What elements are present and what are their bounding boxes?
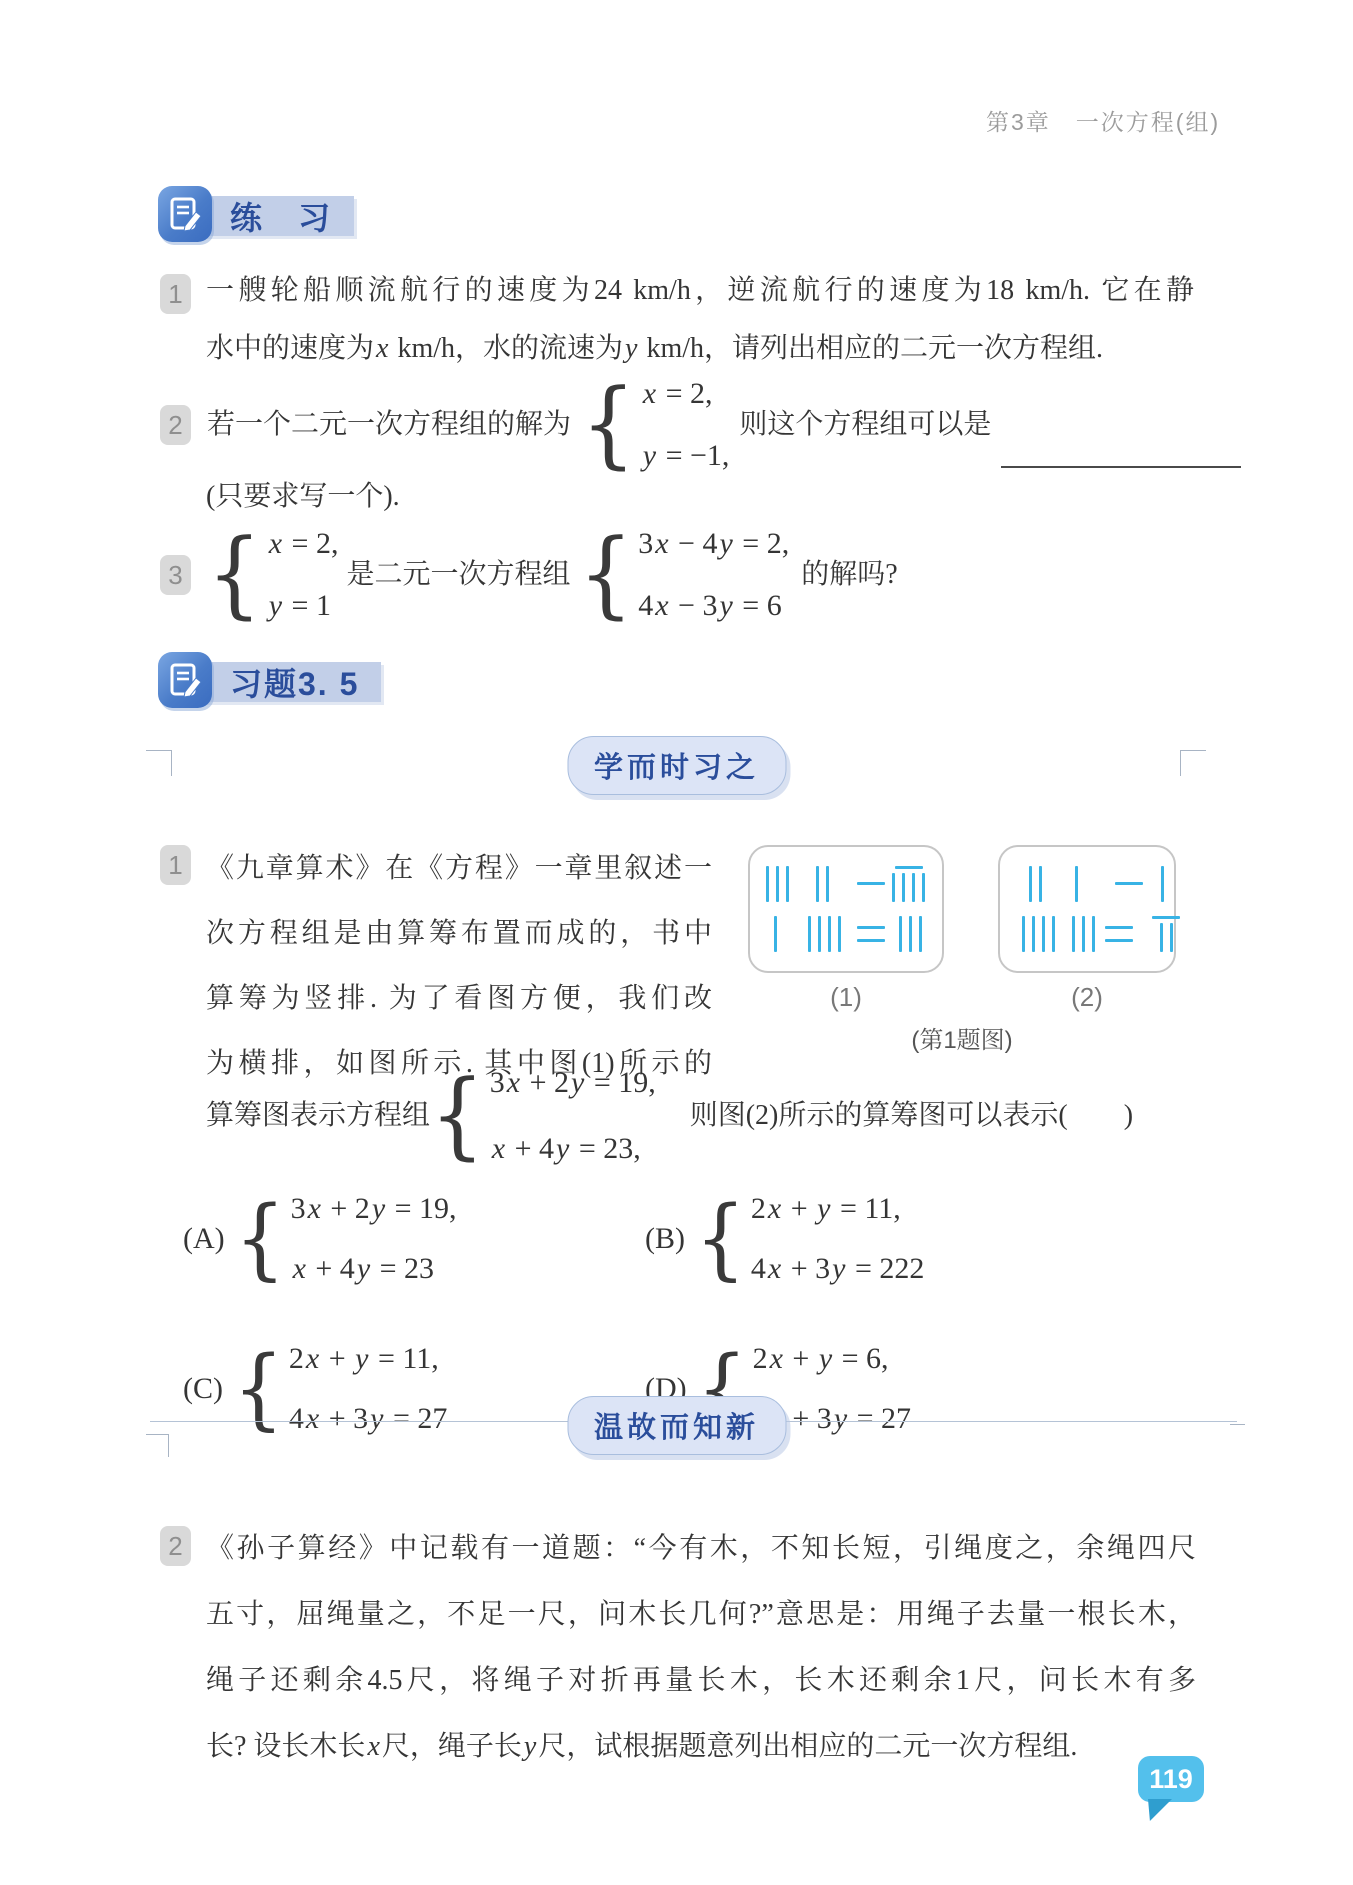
option-b: (B) { 2x + y = 11, 4x + 3y = 222	[645, 1192, 924, 1286]
notebook-pen-icon	[158, 652, 212, 708]
problem-1-line-1: 一艘轮船顺流航行的速度为24 km/h，逆流航行的速度为18 km/h. 它在静	[206, 262, 1194, 320]
page-badge-tail	[1148, 1799, 1172, 1821]
option-c-label: (C)	[183, 1372, 223, 1406]
problem-3-mid-text: 是二元一次方程组	[346, 546, 570, 604]
counting-rod-cell	[1105, 926, 1133, 942]
textbook-page: 第3章 一次方程(组) 练 习 1 一艘轮船顺流航行的速度为24 km/h，逆流…	[0, 0, 1353, 1885]
option-c-eq-1: 2x + y = 11,	[289, 1342, 448, 1376]
counting-rod-cell	[857, 926, 885, 942]
problem-2-pre-text: 若一个二元一次方程组的解为	[207, 396, 571, 454]
counting-rod-cell	[1029, 866, 1042, 902]
problem-3-post-text: 的解吗?	[801, 546, 897, 604]
counting-rods-figure-1	[748, 845, 944, 973]
rod-eq-2: x + 4y = 23,	[490, 1132, 656, 1166]
question-1-equation-row: 算筹图表示方程组 { 3x + 2y = 19, x + 4y = 23, 则图…	[206, 1056, 1133, 1176]
question-2-text: 《孙子算经》中记载有一道题：“今有木，不知长短，引绳度之，余绳四尺 五寸，屈绳量…	[206, 1516, 1196, 1780]
counting-rod-cell	[1072, 916, 1095, 952]
rod-eq-1: 3x + 2y = 19,	[490, 1066, 656, 1100]
problem-2-number: 2	[160, 405, 191, 445]
counting-rod-row	[1000, 912, 1174, 955]
review-badge-label: 温故而知新	[594, 1412, 759, 1444]
option-a-eq-2: x + 4y = 23	[291, 1252, 457, 1286]
figure-1-label: (1)	[748, 982, 944, 1013]
figure-caption: (第1题图)	[748, 1020, 1176, 1055]
answer-blank-line	[1001, 466, 1241, 468]
target-eq-2: 4x − 3y = 6	[638, 589, 789, 623]
brace-glyph: {	[430, 1073, 485, 1158]
crop-mark-bottom-right	[1230, 1424, 1245, 1425]
exercise-title-bar: 练 习	[204, 196, 354, 236]
counting-rod-cell	[1075, 866, 1078, 902]
question-2-line-4: 长? 设长木长x尺，绳子长y尺，试根据题意列出相应的二元一次方程组.	[206, 1714, 1196, 1780]
question-1-line-2: 次方程组是由算筹布置而成的，书中	[206, 901, 712, 966]
brace-glyph: {	[578, 532, 633, 617]
exercise-problem-2: 2 若一个二元一次方程组的解为 { x = 2, y = −1, 则这个方程组可…	[160, 370, 1241, 480]
option-b-label: (B)	[645, 1222, 685, 1256]
exercise-title-label: 练 习	[230, 193, 332, 239]
counting-rod-cell	[1161, 866, 1164, 902]
counting-rod-cell	[816, 866, 829, 902]
brace-glyph: {	[233, 1349, 284, 1428]
counting-rod-cell	[1022, 916, 1055, 952]
counting-rods-figure-2	[998, 845, 1176, 973]
target-equation-system: { 3x − 4y = 2, 4x − 3y = 6	[578, 527, 789, 623]
question-1-line-1: 《九章算术》在《方程》一章里叙述一	[206, 836, 712, 901]
question-1-line-3: 算筹为竖排. 为了看图方便，我们改	[206, 966, 712, 1031]
option-b-eq-2: 4x + 3y = 222	[751, 1252, 925, 1286]
question-1-number: 1	[160, 845, 191, 885]
counting-rod-cell	[857, 882, 885, 885]
exercise-problem-3: 3 { x = 2, y = 1 是二元一次方程组 { 3x − 4y = 2,…	[160, 520, 898, 630]
counting-rods-grid-2	[1000, 862, 1174, 955]
brace-glyph: {	[695, 1199, 746, 1278]
counting-rod-cell	[899, 916, 922, 952]
problem-1-number: 1	[160, 274, 191, 314]
question-2-line-3: 绳子还剩余4.5尺，将绳子对折再量长木，长木还剩余1尺，问长木有多	[206, 1648, 1196, 1714]
question-2-line-2: 五寸，屈绳量之，不足一尺，问木长几何?”意思是：用绳子去量一根长木，	[206, 1582, 1196, 1648]
brace-glyph: {	[235, 1199, 286, 1278]
solution-eq-x: x = 2,	[641, 377, 730, 411]
counting-rod-cell	[1152, 916, 1180, 952]
figure-2-label: (2)	[998, 982, 1176, 1013]
rod-equation-system: { 3x + 2y = 19, x + 4y = 23,	[430, 1066, 656, 1166]
counting-rod-cell	[766, 866, 789, 902]
problem-3-number: 3	[160, 555, 191, 595]
counting-rod-row	[1000, 862, 1174, 905]
candidate-solution-system: { x = 2, y = 1	[207, 527, 338, 623]
candidate-eq-x: x = 2,	[267, 527, 339, 561]
review-badge: 温故而知新	[567, 1396, 786, 1455]
target-eq-1: 3x − 4y = 2,	[638, 527, 789, 561]
crop-mark-bottom-left	[146, 1434, 169, 1457]
option-a-label: (A)	[183, 1222, 225, 1256]
counting-rod-cell	[774, 916, 777, 952]
solution-eq-y: y = −1,	[641, 439, 730, 473]
option-b-eq-1: 2x + y = 11,	[751, 1192, 925, 1226]
problem-2-post-text: 则这个方程组可以是	[739, 396, 991, 454]
solution-equation-system: { x = 2, y = −1,	[581, 377, 729, 473]
problem-2-note: (只要求写一个).	[206, 468, 400, 526]
option-a-eq-1: 3x + 2y = 19,	[291, 1192, 457, 1226]
chapter-header: 第3章 一次方程(组)	[986, 104, 1220, 137]
question-2-number: 2	[160, 1526, 191, 1566]
candidate-eq-y: y = 1	[267, 589, 339, 623]
option-c-eq-2: 4x + 3y = 27	[289, 1402, 448, 1436]
homework-title-label: 习题3. 5	[230, 659, 359, 705]
option-a: (A) { 3x + 2y = 19, x + 4y = 23	[183, 1192, 457, 1286]
brace-glyph: {	[207, 532, 262, 617]
crop-mark-left	[146, 750, 172, 776]
counting-rod-cell	[892, 866, 925, 902]
counting-rod-row	[750, 912, 942, 955]
crop-mark-right	[1180, 750, 1206, 776]
q1-eq-pre-text: 算筹图表示方程组	[206, 1087, 430, 1145]
exercise-problem-1: 一艘轮船顺流航行的速度为24 km/h，逆流航行的速度为18 km/h. 它在静…	[206, 262, 1194, 378]
homework-title-bar: 习题3. 5	[204, 662, 381, 702]
counting-rod-cell	[808, 916, 841, 952]
q1-eq-post-text: 则图(2)所示的算筹图可以表示( )	[690, 1087, 1133, 1145]
counting-rods-grid-1	[750, 862, 942, 955]
notebook-pen-icon	[158, 186, 212, 242]
learn-practice-label: 学而时习之	[594, 752, 759, 784]
counting-rod-row	[750, 862, 942, 905]
question-2-line-1: 《孙子算经》中记载有一道题：“今有木，不知长短，引绳度之，余绳四尺	[206, 1516, 1196, 1582]
page-number: 119	[1149, 1764, 1193, 1795]
learn-practice-badge: 学而时习之	[567, 736, 786, 795]
brace-glyph: {	[581, 382, 636, 467]
option-d-eq-1: 2x + y = 6,	[753, 1342, 912, 1376]
counting-rod-cell	[1115, 882, 1143, 885]
page-number-badge: 119	[1138, 1756, 1204, 1802]
